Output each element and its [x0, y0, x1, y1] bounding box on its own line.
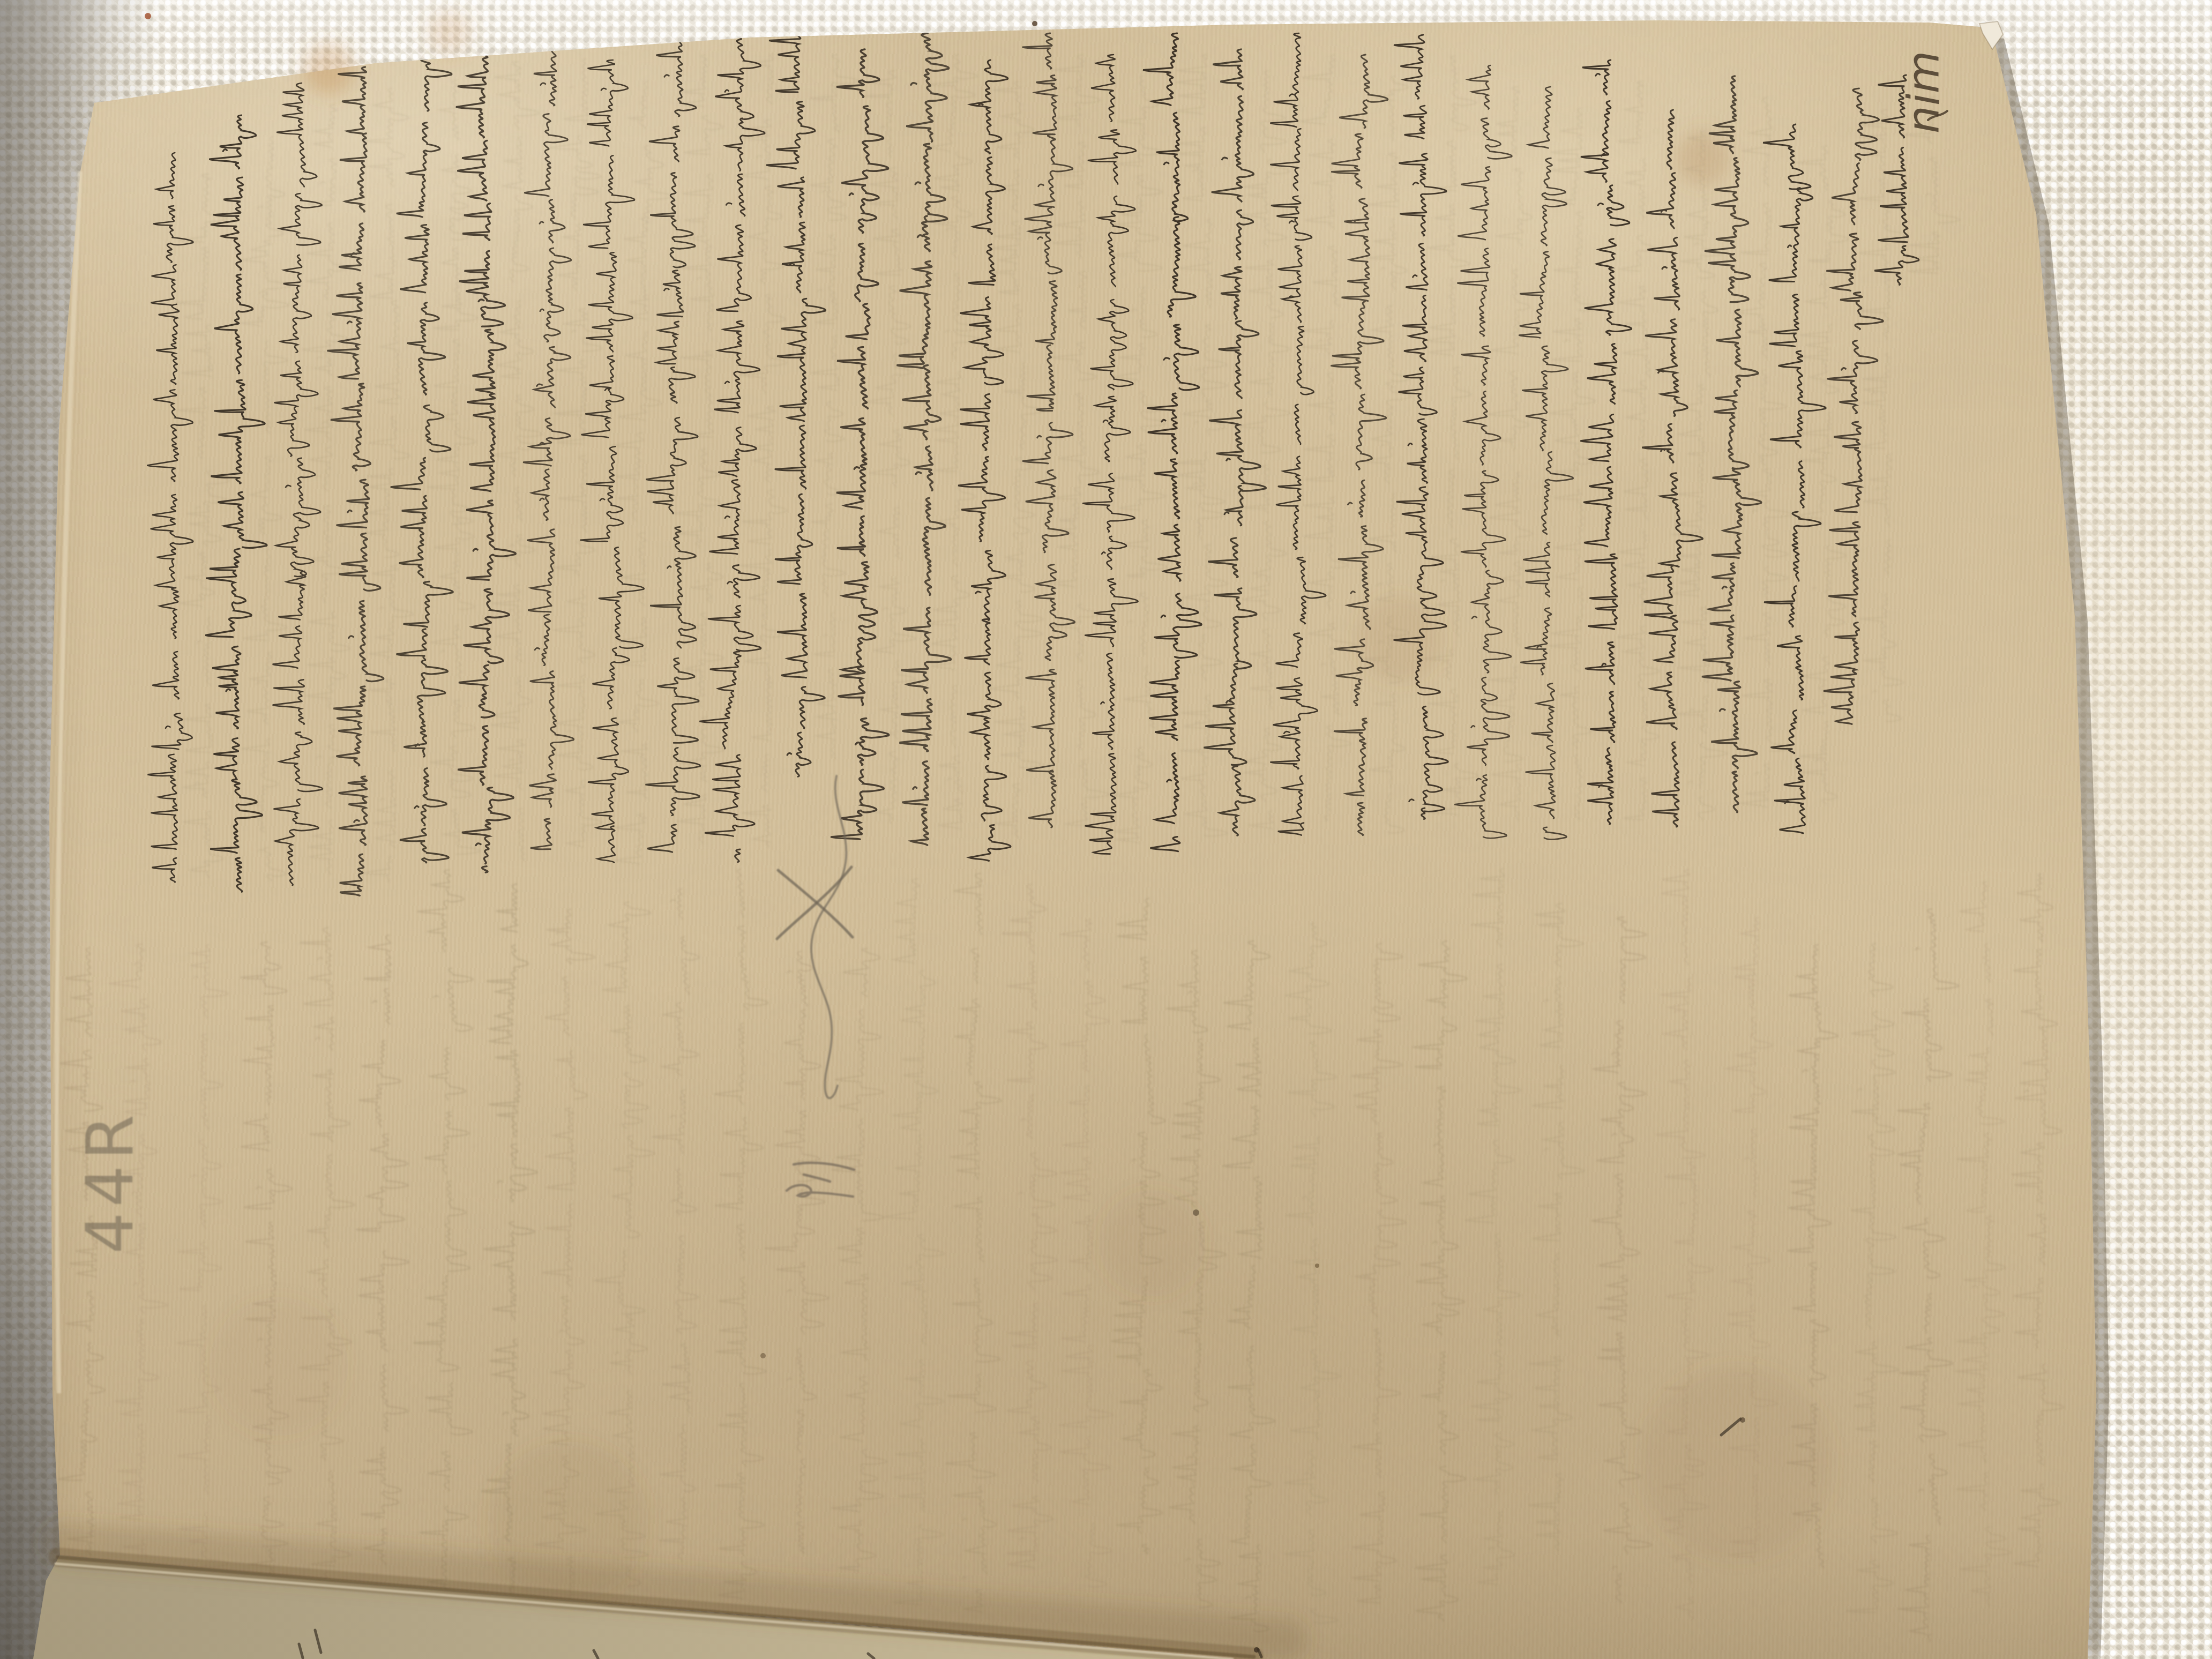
manuscript-photo-scene: 44R nim	[0, 0, 2212, 1659]
catchword-ink: nim	[1899, 51, 1949, 134]
folio-number-pencil: 44R	[72, 1109, 148, 1254]
manuscript-artwork-layer: 44R nim	[0, 0, 2212, 1659]
